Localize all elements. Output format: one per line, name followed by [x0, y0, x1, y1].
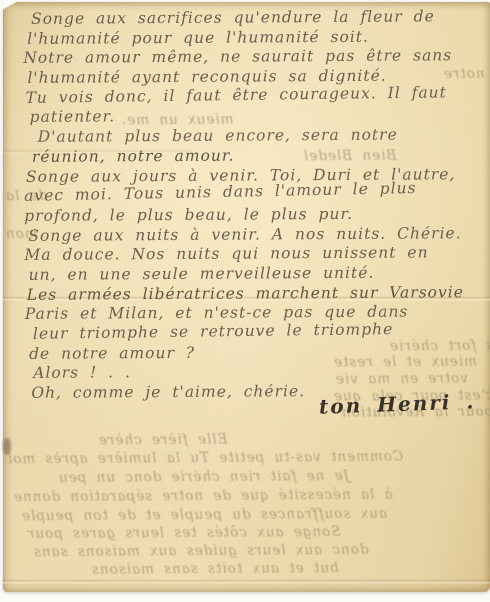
edge-smudge	[3, 438, 11, 455]
bleedthrough-line: Je ne fait rien chérie donc un peu	[58, 468, 349, 486]
bleedthrough-line: aux souffrances du peuple et de ton peup…	[21, 506, 387, 525]
letter-line: patienter.	[30, 106, 463, 128]
bleedthrough-line: but et aux toits sans maisons	[91, 560, 339, 578]
bleedthrough-line: Comment vas-tu petite Tu la lumière aprè…	[7, 449, 403, 468]
letter-line: Les armées libératrices marchent sur Var…	[27, 283, 464, 305]
letter-line: D'autant plus beau encore, sera notre	[38, 125, 463, 147]
bleedthrough-line: Elle fière chère	[98, 432, 228, 449]
corner-notch	[0, 0, 20, 11]
scanned-letter: Elle fière chère Comment vas-tu petite T…	[0, 0, 490, 602]
letter-line: Notre amour même, ne saurait pas être sa…	[23, 47, 462, 69]
letter-line: l'humanité pour que l'humanité soit.	[27, 27, 462, 49]
letter-line: Ma douce. Nos nuits qui nous unissent en	[24, 243, 463, 265]
letter-line: Songe aux nuits à venir. A nos nuits. Ch…	[28, 224, 463, 246]
letter-line: Alors ! . .	[33, 362, 464, 384]
letter-line: profond, le plus beau, le plus pur.	[24, 204, 463, 226]
letter-line: de notre amour ?	[29, 342, 464, 364]
letter-line: Songe aux sacrifices qu'endure la fleur …	[31, 7, 462, 29]
fold-crease	[3, 579, 490, 584]
letter-body: Songe aux sacrifices qu'endure la fleur …	[3, 7, 465, 404]
letter-page: Elle fière chère Comment vas-tu petite T…	[3, 2, 490, 592]
bleedthrough-line: donc aux leurs guides aux maisons sans	[33, 542, 369, 560]
bleedthrough-line: à la nécessité que de notre séparation d…	[13, 487, 393, 506]
letter-line: réunion, notre amour.	[32, 145, 463, 167]
bleedthrough-line: Songe aux côtés tes leurs gares pour	[27, 524, 341, 542]
letter-line: leur triomphe se retrouve le triomphe	[33, 319, 464, 344]
letter-line: un, en une seule merveilleuse unité.	[29, 263, 464, 285]
